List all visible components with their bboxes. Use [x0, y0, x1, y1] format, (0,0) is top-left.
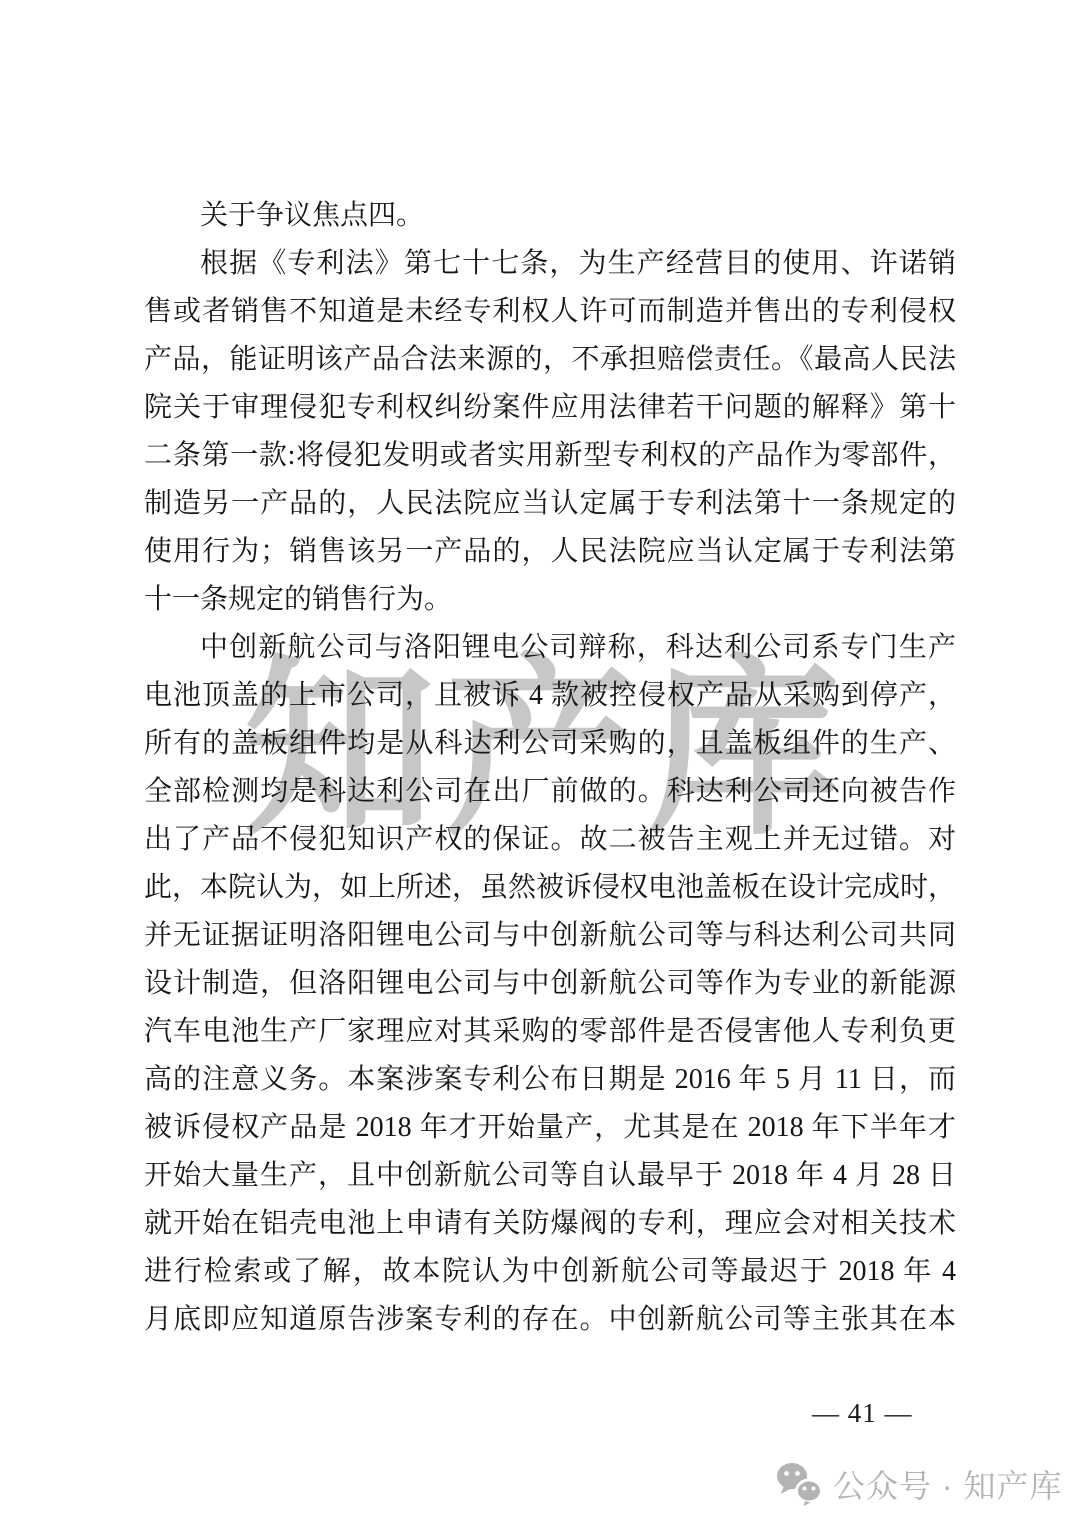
text-line: 汽车电池生产厂家理应对其采购的零部件是否侵害他人专利负更: [144, 1008, 956, 1056]
text-line: 此，本院认为，如上所述，虽然被诉侵权电池盖板在设计完成时，: [144, 864, 956, 912]
text-line: 产品，能证明该产品合法来源的，不承担赔偿责任。《最高人民法: [144, 336, 956, 384]
text-line: 出了产品不侵犯知识产权的保证。故二被告主观上并无过错。对: [144, 816, 956, 864]
text-line: 所有的盖板组件均是从科达利公司采购的，且盖板组件的生产、: [144, 720, 956, 768]
text-line: 院关于审理侵犯专利权纠纷案件应用法律若干问题的解释》第十: [144, 384, 956, 432]
page-number: — 41 —: [812, 1398, 913, 1429]
text-line: 并无证据证明洛阳锂电公司与中创新航公司等与科达利公司共同: [144, 912, 956, 960]
text-line: 高的注意义务。本案涉案专利公布日期是 2016 年 5 月 11 日，而: [144, 1056, 956, 1104]
wechat-banner: 公众号 · 知产库: [775, 1460, 1062, 1508]
text-line: 售或者销售不知道是未经专利权人许可而制造并售出的专利侵权: [144, 288, 956, 336]
text-line: 开始大量生产，且中创新航公司等自认最早于 2018 年 4 月 28 日: [144, 1152, 956, 1200]
text-line: 中创新航公司与洛阳锂电公司辩称，科达利公司系专门生产: [144, 624, 956, 672]
text-line: 电池顶盖的上市公司，且被诉 4 款被控侵权产品从采购到停产，: [144, 672, 956, 720]
document-lines: 关于争议焦点四。根据《专利法》第七十七条，为生产经营目的使用、许诺销售或者销售不…: [144, 192, 956, 1344]
text-line: 二条第一款:将侵犯发明或者实用新型专利权的产品作为零部件，: [144, 432, 956, 480]
text-line: 全部检测均是科达利公司在出厂前做的。科达利公司还向被告作: [144, 768, 956, 816]
text-line: 设计制造，但洛阳锂电公司与中创新航公司等作为专业的新能源: [144, 960, 956, 1008]
wechat-label: 公众号 · 知产库: [833, 1461, 1062, 1507]
text-line: 进行检索或了解，故本院认为中创新航公司等最迟于 2018 年 4: [144, 1248, 956, 1296]
text-line: 被诉侵权产品是 2018 年才开始量产，尤其是在 2018 年下半年才: [144, 1104, 956, 1152]
document-page: 知产库 关于争议焦点四。根据《专利法》第七十七条，为生产经营目的使用、许诺销售或…: [0, 0, 1080, 1527]
text-line: 制造另一产品的，人民法院应当认定属于专利法第十一条规定的: [144, 480, 956, 528]
text-line: 十一条规定的销售行为。: [144, 576, 956, 624]
wechat-icon: [775, 1460, 823, 1508]
text-line: 根据《专利法》第七十七条，为生产经营目的使用、许诺销: [144, 240, 956, 288]
text-line: 就开始在铝壳电池上申请有关防爆阀的专利，理应会对相关技术: [144, 1200, 956, 1248]
text-line: 关于争议焦点四。: [144, 192, 956, 240]
text-line: 月底即应知道原告涉案专利的存在。中创新航公司等主张其在本: [144, 1296, 956, 1344]
text-line: 使用行为；销售该另一产品的，人民法院应当认定属于专利法第: [144, 528, 956, 576]
